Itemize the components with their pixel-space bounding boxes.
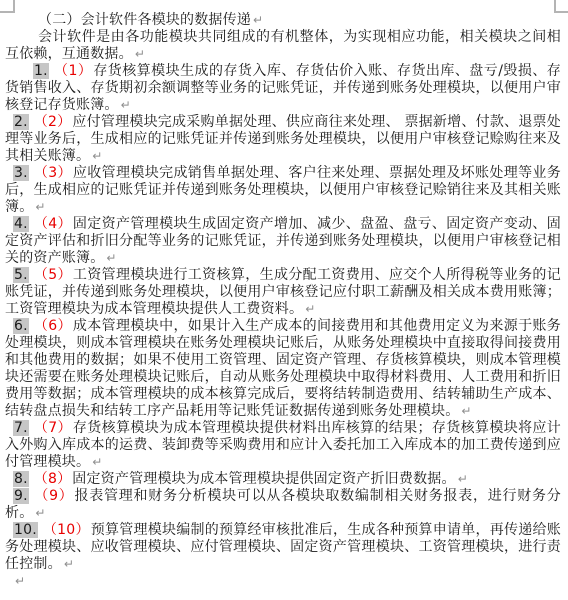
- list-number: 8.: [13, 471, 29, 487]
- list-item: 9.（9）报表管理和财务分析模块可以从各模块取数编制相关财务报表，进行财务分析。…: [5, 488, 561, 522]
- item-text: 应收管理模块完成销售单据处理、客户往来处理、票据处理及坏账处理等业务后，生成相应…: [5, 165, 561, 215]
- list-item: 2.（2）应付管理模块完成采购单据处理、供应商往来处理、 票据新增、付款、退票处…: [5, 114, 561, 165]
- document-page: （二）会计软件各模块的数据传递↵ 会计软件是由各功能模块共同组成的有机整体，为实…: [0, 0, 568, 600]
- list-item: 8.（8）固定资产管理模块为成本管理模块提供固定资产折旧费数据。↵: [5, 471, 561, 488]
- item-tag: （2）: [34, 114, 72, 130]
- section-heading-text: （二）会计软件各模块的数据传递: [38, 12, 251, 28]
- section-heading: （二）会计软件各模块的数据传递↵: [5, 12, 561, 29]
- item-text: 固定资产管理模块生成固定资产增加、减少、盘盈、盘亏、固定资产变动、固定资产评估和…: [5, 216, 561, 266]
- item-tag: （5）: [34, 267, 72, 283]
- paragraph-mark-icon: ↵: [135, 47, 145, 61]
- items-container: 1.（1）存货核算模块生成的存货入库、存货估价入账、存货出库、盘亏/毁损、存货销…: [5, 63, 561, 573]
- list-number: 10.: [13, 522, 38, 538]
- list-number: 1.: [33, 63, 49, 79]
- paragraph-mark-icon: ↵: [35, 506, 45, 520]
- list-number: 5.: [13, 267, 29, 283]
- list-number: 7.: [13, 420, 29, 436]
- paragraph-mark-icon: ↵: [92, 149, 102, 163]
- paragraph-mark-icon: ↵: [15, 574, 25, 588]
- item-text: 固定资产管理模块为成本管理模块提供固定资产折旧费数据。: [72, 471, 455, 487]
- list-number: 3.: [13, 165, 29, 181]
- list-item: 5.（5）工资管理模块进行工资核算，生成分配工资费用、应交个人所得税等业务的记账…: [5, 267, 561, 318]
- item-text: 成本管理模块中，如果计入生产成本的间接费用和其他费用定义为来源于账务处理模块，则…: [5, 318, 561, 419]
- item-tag: （1）: [54, 63, 93, 79]
- list-item: 3.（3）应收管理模块完成销售单据处理、客户往来处理、票据处理及坏账处理等业务后…: [5, 165, 561, 216]
- intro-paragraph: 会计软件是由各功能模块共同组成的有机整体，为实现相应功能，相关模块之间相互依赖，…: [5, 29, 561, 63]
- list-item: 7.（7）存货核算模块为成本管理模块提供材料出库核算的结果；存货核算模块将应计入…: [5, 420, 561, 471]
- item-text: 应付管理模块完成采购单据处理、供应商往来处理、 票据新增、付款、退票处理等业务后…: [5, 114, 561, 164]
- paragraph-mark-icon: ↵: [253, 13, 263, 27]
- paragraph-mark-icon: ↵: [121, 98, 131, 112]
- list-item: 10.（10）预算管理模块编制的预算经审核批准后，生成各种预算申请单，再传递给账…: [5, 522, 561, 573]
- item-text: 报表管理和财务分析模块可以从各模块取数编制相关财务报表，进行财务分析。: [5, 488, 561, 521]
- empty-paragraph: ↵: [5, 573, 561, 590]
- paragraph-mark-icon: ↵: [458, 472, 468, 486]
- item-tag: （8）: [34, 471, 72, 487]
- paragraph-mark-icon: ↵: [64, 557, 74, 571]
- list-item: 1.（1）存货核算模块生成的存货入库、存货估价入账、存货出库、盘亏/毁损、存货销…: [5, 63, 561, 114]
- list-number: 6.: [13, 318, 29, 334]
- paragraph-mark-icon: ↵: [461, 404, 471, 418]
- list-number: 9.: [13, 488, 29, 504]
- item-text: 存货核算模块为成本管理模块提供材料出库核算的结果；存货核算模块将应计入外购入库成…: [5, 420, 561, 470]
- item-tag: （9）: [34, 488, 74, 504]
- list-item: 4.（4）固定资产管理模块生成固定资产增加、减少、盘盈、盘亏、固定资产变动、固定…: [5, 216, 561, 267]
- list-number: 4.: [13, 216, 29, 232]
- document-content: （二）会计软件各模块的数据传递↵ 会计软件是由各功能模块共同组成的有机整体，为实…: [5, 12, 561, 590]
- paragraph-mark-icon: ↵: [106, 251, 116, 265]
- item-tag: （3）: [34, 165, 72, 181]
- paragraph-mark-icon: ↵: [305, 302, 315, 316]
- item-tag: （10）: [43, 522, 90, 538]
- list-number: 2.: [13, 114, 29, 130]
- item-tag: （7）: [34, 420, 72, 436]
- item-tag: （4）: [34, 216, 72, 232]
- paragraph-mark-icon: ↵: [92, 455, 102, 469]
- list-item: 6.（6）成本管理模块中，如果计入生产成本的间接费用和其他费用定义为来源于账务处…: [5, 318, 561, 420]
- intro-paragraph-text: 会计软件是由各功能模块共同组成的有机整体，为实现相应功能，相关模块之间相互依赖，…: [5, 29, 561, 62]
- item-tag: （6）: [34, 318, 72, 334]
- paragraph-mark-icon: ↵: [35, 200, 45, 214]
- item-text: 工资管理模块进行工资核算，生成分配工资费用、应交个人所得税等业务的记账凭证，并传…: [5, 267, 561, 317]
